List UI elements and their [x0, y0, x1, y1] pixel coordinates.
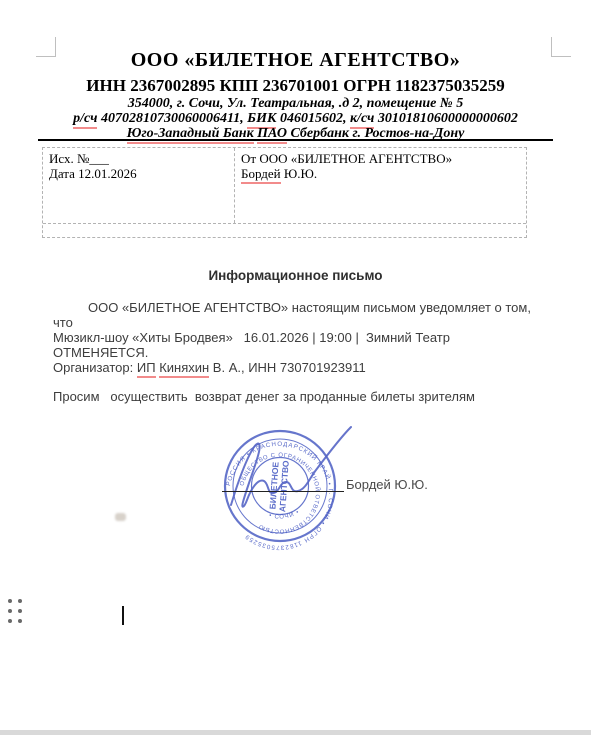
- letter-title[interactable]: Информационное письмо: [0, 268, 591, 283]
- signature-name: Бордей Ю.Ю.: [346, 477, 428, 492]
- handle-dot: [18, 609, 22, 613]
- handle-dot: [8, 619, 12, 623]
- company-name[interactable]: ООО «БИЛЕТНОЕ АГЕНТСТВО»: [0, 49, 591, 72]
- signature-line: [222, 491, 344, 492]
- handle-dot: [18, 619, 22, 623]
- misspelled-word: ИП: [137, 360, 156, 378]
- text-segment: Ю.Ю.: [281, 166, 317, 181]
- handle-dot: [8, 609, 12, 613]
- table-drag-handle[interactable]: [8, 599, 22, 623]
- handle-dot: [18, 599, 22, 603]
- page-edge-strip: [0, 730, 591, 735]
- text-cursor: [122, 606, 124, 625]
- company-registration-line[interactable]: ИНН 2367002895 КПП 236701001 ОГРН 118237…: [0, 76, 591, 96]
- scan-smudge: [115, 513, 126, 521]
- document-page[interactable]: ООО «БИЛЕТНОЕ АГЕНТСТВО» ИНН 2367002895 …: [0, 0, 591, 735]
- text-segment: 30101810600000000602: [374, 111, 518, 126]
- outgoing-number-line: Исх. №___: [49, 151, 228, 166]
- table-row: Исх. №___ Дата 12.01.2026 От ООО «БИЛЕТН…: [43, 148, 526, 224]
- text-segment: В. А., ИНН 730701923911: [209, 360, 366, 375]
- paragraph-refund-request[interactable]: Просим осуществить возврат денег за прод…: [53, 389, 540, 404]
- handwritten-signature: [200, 405, 370, 520]
- sender-company-line: От ООО «БИЛЕТНОЕ АГЕНТСТВО»: [241, 151, 520, 166]
- company-bank-account-line[interactable]: р/сч 40702810730060006411, БИК 046015602…: [0, 111, 591, 127]
- text-segment: 40702810730060006411,: [97, 111, 247, 126]
- reference-table[interactable]: Исх. №___ Дата 12.01.2026 От ООО «БИЛЕТН…: [42, 147, 527, 238]
- sender-cell[interactable]: От ООО «БИЛЕТНОЕ АГЕНТСТВО» Бордей Ю.Ю.: [235, 148, 526, 223]
- letterhead-divider-rule: [38, 139, 553, 141]
- company-address-line[interactable]: 354000, г. Сочи, Ул. Театральная, .д 2, …: [0, 96, 591, 112]
- outgoing-number-cell[interactable]: Исх. №___ Дата 12.01.2026: [43, 148, 235, 223]
- misspelled-word: Киняхин: [159, 360, 209, 378]
- table-row-empty[interactable]: [43, 224, 526, 237]
- paragraph-notification[interactable]: ООО «БИЛЕТНОЕ АГЕНТСТВО» настоящим письм…: [53, 300, 540, 330]
- paragraph-event-cancelled[interactable]: Мюзикл-шоу «Хиты Бродвея» 16.01.2026 | 1…: [53, 330, 540, 360]
- paragraph-organizer[interactable]: Организатор: ИП Киняхин В. А., ИНН 73070…: [53, 360, 540, 375]
- text-segment: Организатор:: [53, 360, 137, 375]
- date-line: Дата 12.01.2026: [49, 166, 228, 181]
- sender-person-line: Бордей Ю.Ю.: [241, 166, 520, 181]
- text-segment: 046015602,: [276, 111, 350, 126]
- handle-dot: [8, 599, 12, 603]
- misspelled-word: Бордей: [241, 166, 281, 184]
